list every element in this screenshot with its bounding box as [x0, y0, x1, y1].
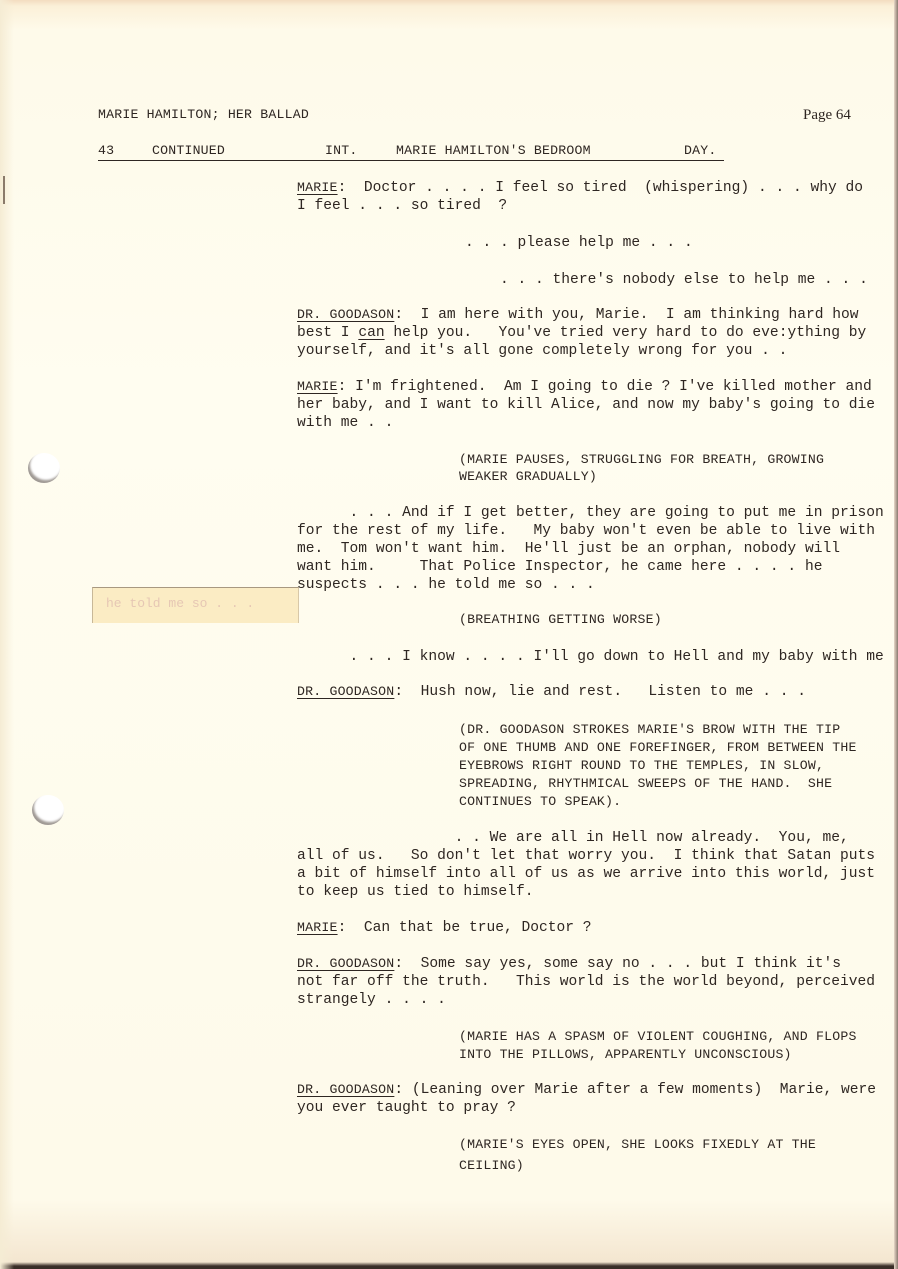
dialogue-line: all of us. So don't let that worry you. … [297, 847, 875, 865]
speaker-name: MARIE [297, 379, 338, 394]
dialogue-line: not far off the truth. This world is the… [297, 973, 875, 991]
scene-time: DAY. [684, 142, 716, 160]
dialogue-text: : Some say yes, some say no . . . but I … [394, 956, 841, 972]
stage-direction: WEAKER GRADUALLY) [459, 468, 597, 486]
speaker-name: DR. GOODASON [297, 307, 394, 322]
dialogue-text: help you. You've tried very hard to do e… [385, 325, 867, 341]
dialogue-line: . . . I know . . . . I'll go down to Hel… [297, 648, 884, 666]
stage-direction: (MARIE'S EYES OPEN, SHE LOOKS FIXEDLY AT… [459, 1136, 816, 1154]
punch-hole-icon [28, 453, 60, 483]
stage-direction: CEILING) [459, 1157, 524, 1175]
dialogue-line: her baby, and I want to kill Alice, and … [297, 396, 875, 414]
dialogue-line: I feel . . . so tired ? [297, 197, 507, 215]
stage-direction: (BREATHING GETTING WORSE) [459, 611, 662, 629]
dialogue-line: DR. GOODASON: I am here with you, Marie.… [297, 306, 859, 324]
dialogue-line: . . . please help me . . . [465, 234, 693, 252]
dialogue-line: best I can help you. You've tried very h… [297, 324, 866, 342]
dialogue-text: : I am here with you, Marie. I am thinki… [394, 307, 858, 323]
dialogue-text: : Doctor . . . . I feel so tired (whispe… [338, 180, 863, 196]
scene-heading-rule [98, 160, 724, 161]
dialogue-text: : Hush now, lie and rest. Listen to me .… [394, 684, 806, 700]
speaker-name: MARIE [297, 180, 338, 195]
dialogue-line: with me . . [297, 414, 393, 432]
page-number: Page 64 [803, 106, 851, 124]
emphasized-word: can [358, 325, 384, 341]
scene-location-type: INT. [325, 142, 357, 160]
stage-direction: SPREADING, RHYTHMICAL SWEEPS OF THE HAND… [459, 775, 832, 793]
punch-hole-icon [32, 795, 64, 825]
scene-status: CONTINUED [152, 142, 225, 160]
speaker-name: MARIE [297, 920, 338, 935]
stage-direction: (DR. GOODASON STROKES MARIE'S BROW WITH … [459, 721, 840, 739]
dialogue-line: for the rest of my life. My baby won't e… [297, 522, 875, 540]
dialogue-line: DR. GOODASON: (Leaning over Marie after … [297, 1081, 876, 1099]
dialogue-line: MARIE: Doctor . . . . I feel so tired (w… [297, 179, 863, 197]
dialogue-line: yourself, and it's all gone completely w… [297, 342, 787, 360]
speaker-name: DR. GOODASON [297, 956, 394, 971]
scene-location: MARIE HAMILTON'S BEDROOM [396, 142, 591, 160]
dialogue-line: MARIE: Can that be true, Doctor ? [297, 919, 592, 937]
dialogue-line: strangely . . . . [297, 991, 446, 1009]
dialogue-line: . . . And if I get better, they are goin… [297, 504, 884, 522]
dialogue-line: . . We are all in Hell now already. You,… [297, 829, 849, 847]
dialogue-text: : Can that be true, Doctor ? [338, 920, 592, 936]
script-title: MARIE HAMILTON; HER BALLAD [98, 106, 309, 124]
dialogue-line: DR. GOODASON: Hush now, lie and rest. Li… [297, 683, 806, 701]
stage-direction: INTO THE PILLOWS, APPARENTLY UNCONSCIOUS… [459, 1046, 792, 1064]
stage-direction: OF ONE THUMB AND ONE FOREFINGER, FROM BE… [459, 739, 857, 757]
speaker-name: DR. GOODASON [297, 684, 394, 699]
dialogue-line: MARIE: I'm frightened. Am I going to die… [297, 378, 872, 396]
dialogue-text: best I [297, 325, 358, 341]
pasted-slip-text: he told me so . . . [106, 596, 254, 611]
dialogue-line: to keep us tied to himself. [297, 883, 533, 901]
scene-number: 43 [98, 142, 114, 160]
speaker-name: DR. GOODASON [297, 1082, 394, 1097]
dialogue-line: you ever taught to pray ? [297, 1099, 516, 1117]
stage-direction: (MARIE PAUSES, STRUGGLING FOR BREATH, GR… [459, 451, 824, 469]
dialogue-line: want him. That Police Inspector, he came… [297, 558, 822, 576]
stage-direction: EYEBROWS RIGHT ROUND TO THE TEMPLES, IN … [459, 757, 824, 775]
margin-mark [3, 176, 5, 204]
page-right-edge [894, 0, 898, 1269]
dialogue-line: . . . there's nobody else to help me . .… [500, 271, 868, 289]
dialogue-line: a bit of himself into all of us as we ar… [297, 865, 875, 883]
dialogue-text: : (Leaning over Marie after a few moment… [394, 1082, 876, 1098]
dialogue-line: DR. GOODASON: Some say yes, some say no … [297, 955, 841, 973]
dialogue-line: me. Tom won't want him. He'll just be an… [297, 540, 840, 558]
stage-direction: (MARIE HAS A SPASM OF VIOLENT COUGHING, … [459, 1028, 857, 1046]
stage-direction: CONTINUES TO SPEAK). [459, 793, 621, 811]
dialogue-text: : I'm frightened. Am I going to die ? I'… [338, 379, 872, 395]
dialogue-line: suspects . . . he told me so . . . [297, 576, 595, 594]
